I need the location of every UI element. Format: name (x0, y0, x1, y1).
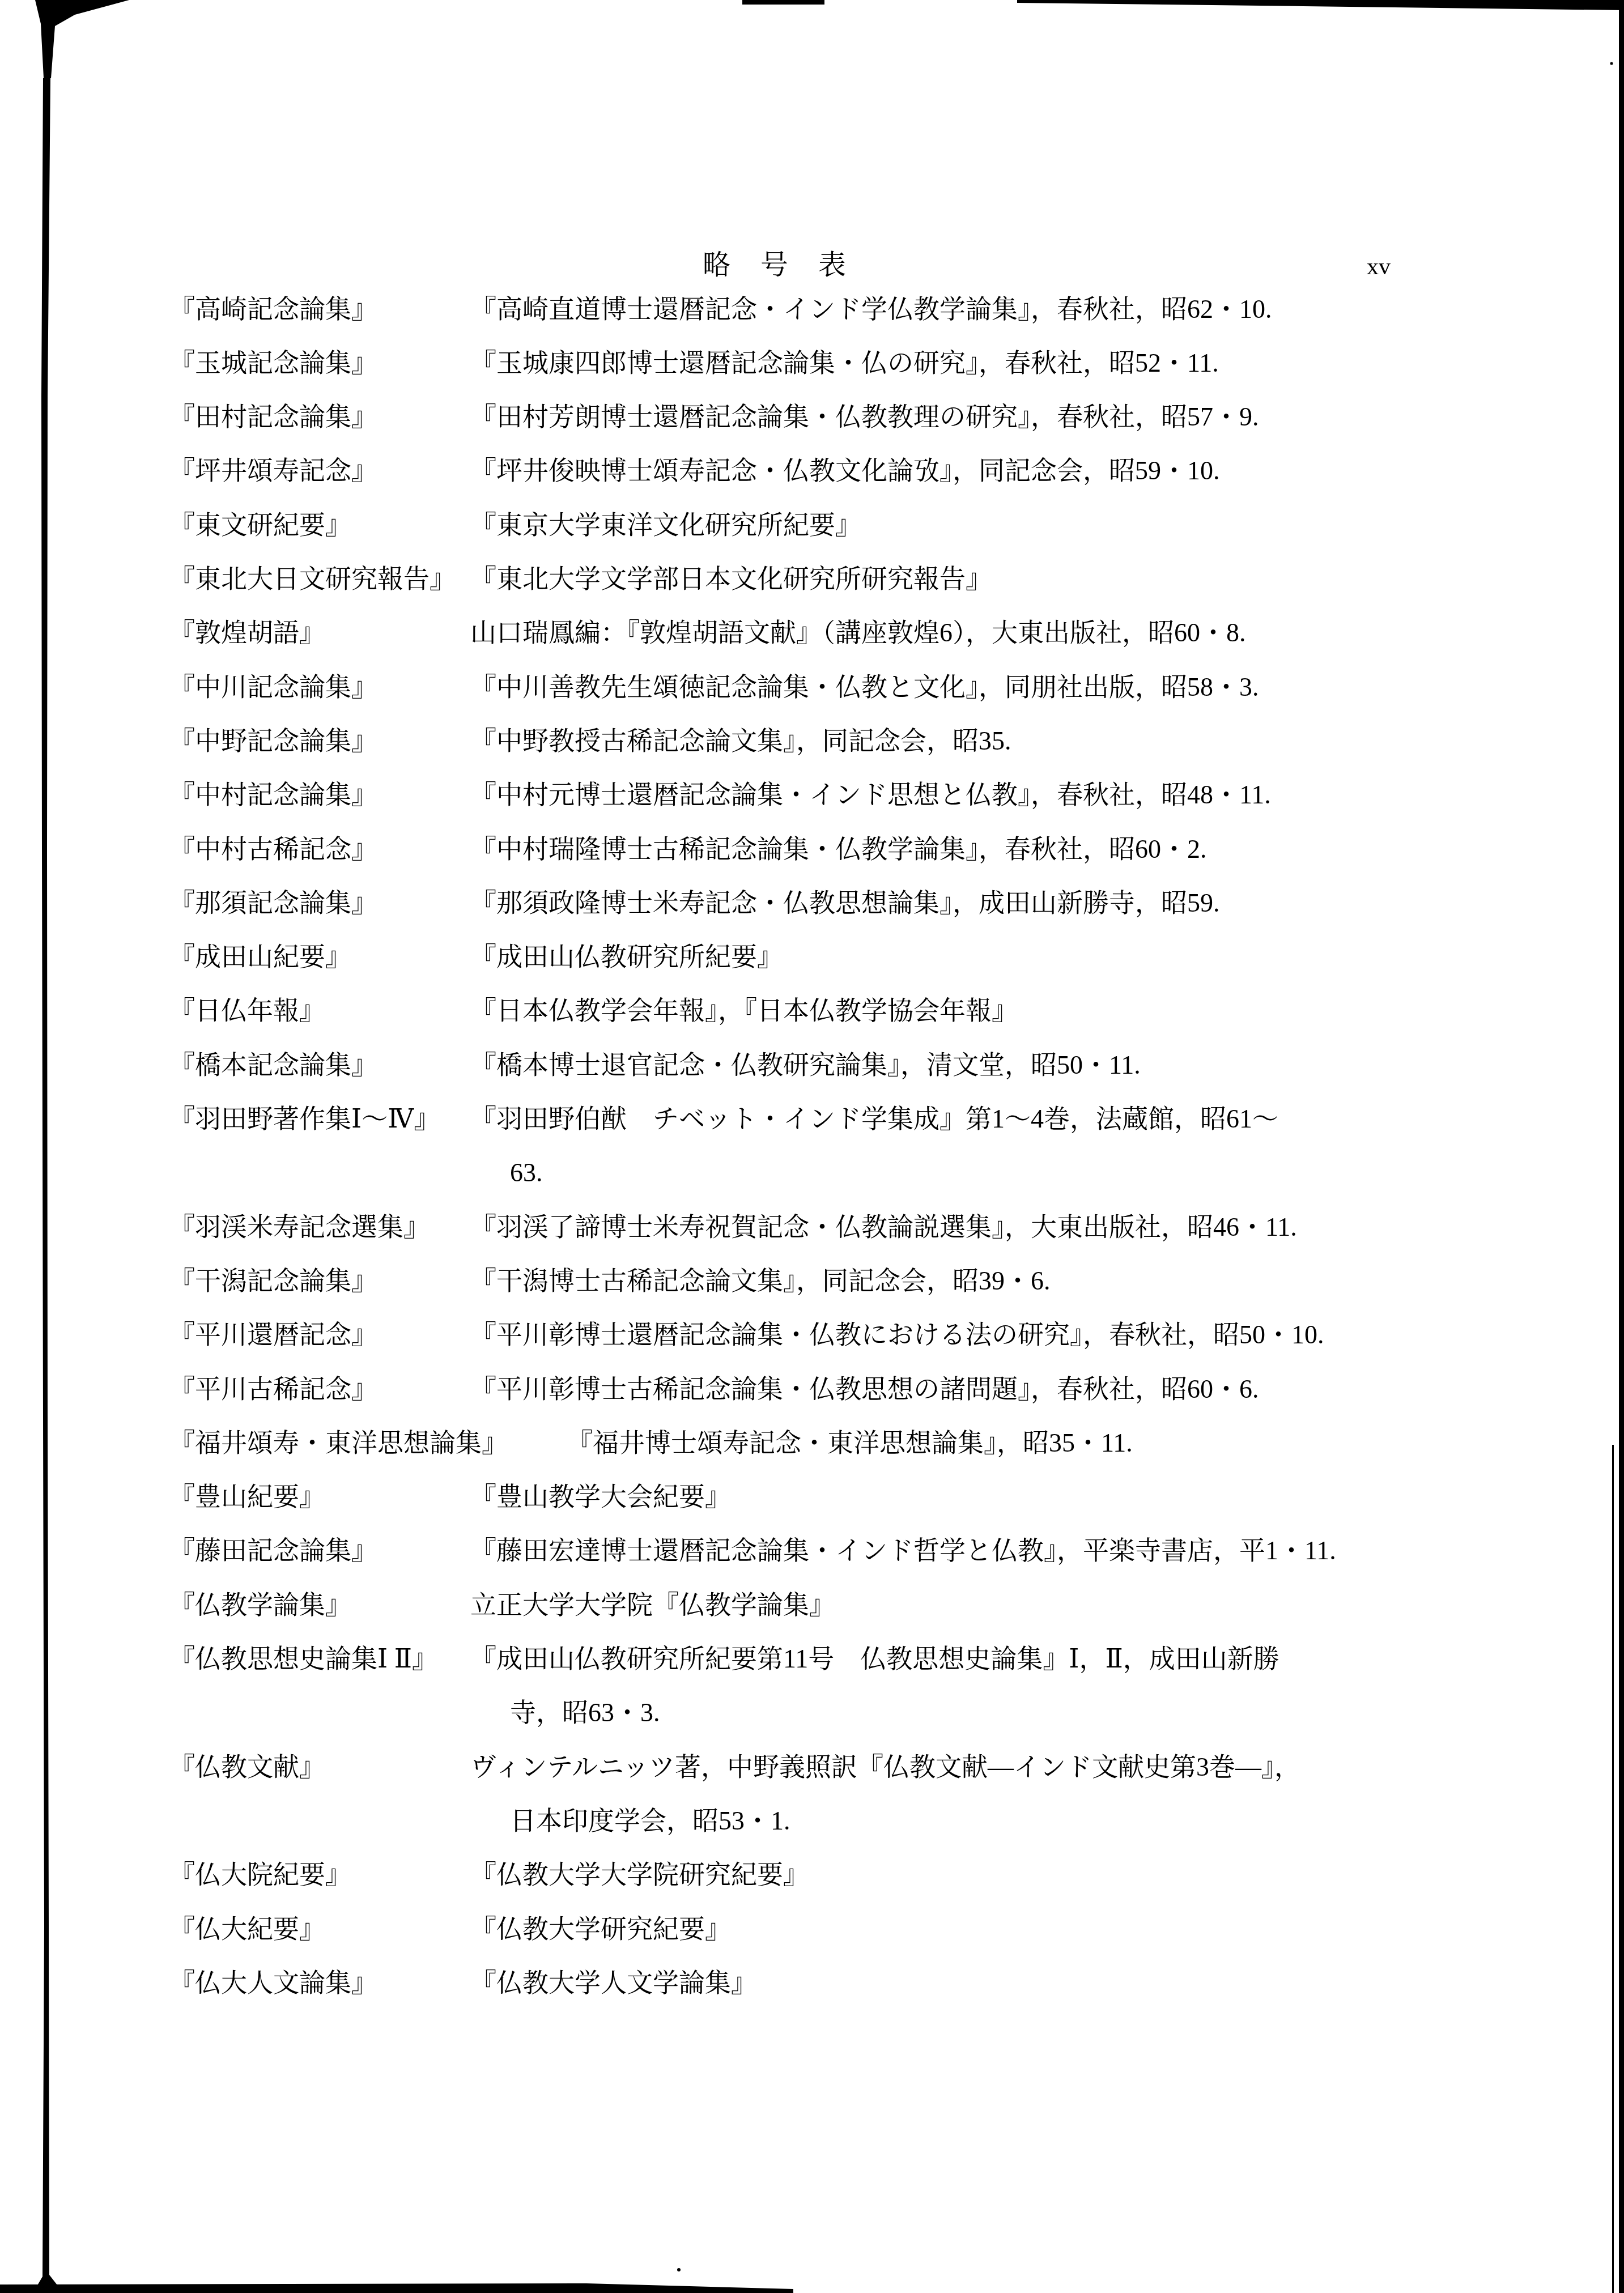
entry-description: 『高崎直道博士還暦記念・インド学仏教学論集』，春秋社，昭62・10. (470, 282, 1272, 336)
entry-abbreviation: 『羽田野著作集Ⅰ～Ⅳ』 (169, 1092, 440, 1146)
speck2-artifact (1610, 62, 1613, 65)
entry-row: 『中野記念論集』『中野教授古稀記念論文集』，同記念会，昭35. (0, 714, 1624, 768)
entry-abbreviation: 『中村記念論集』 (169, 768, 377, 822)
entry-description: 『橋本博士退官記念・仏教研究論集』，清文堂，昭50・11. (470, 1038, 1141, 1092)
bottom-edge-mark-artifact (705, 2290, 741, 2293)
entry-row: 『羽渓米寿記念選集』『羽渓了諦博士米寿祝賀記念・仏教論説選集』，大東出版社，昭4… (0, 1200, 1624, 1254)
entry-row: 『坪井頌寿記念』『坪井俊映博士頌寿記念・仏教文化論攷』，同記念会，昭59・10. (0, 444, 1624, 497)
entry-row-continuation: 寺，昭63・3. (0, 1686, 1624, 1739)
scanned-book-page: 略 号 表 xv 『高崎記念論集』『高崎直道博士還暦記念・インド学仏教学論集』，… (0, 0, 1624, 2293)
entry-description: 『仏教大学人文学論集』 (470, 1956, 757, 2010)
entry-row: 『高崎記念論集』『高崎直道博士還暦記念・インド学仏教学論集』，春秋社，昭62・1… (0, 282, 1624, 336)
entry-row: 『藤田記念論集』『藤田宏達博士還暦記念論集・インド哲学と仏教』，平楽寺書店，平1… (0, 1524, 1624, 1577)
entry-row-continuation: 日本印度学会，昭53・1. (0, 1794, 1624, 1848)
entry-row: 『玉城記念論集』『玉城康四郎博士還暦記念論集・仏の研究』，春秋社，昭52・11. (0, 336, 1624, 390)
entry-description-continuation: 日本印度学会，昭53・1. (510, 1794, 790, 1848)
entry-row: 『羽田野著作集Ⅰ～Ⅳ』『羽田野伯猷 チベット・インド学集成』第1～4巻，法蔵館，… (0, 1092, 1624, 1146)
entry-row: 『豊山紀要』『豊山教学大会紀要』 (0, 1470, 1624, 1524)
entry-abbreviation: 『豊山紀要』 (169, 1470, 325, 1524)
entry-abbreviation: 『干潟記念論集』 (169, 1254, 377, 1308)
entry-description: 『田村芳朗博士還暦記念論集・仏教教理の研究』，春秋社，昭57・9. (470, 390, 1259, 444)
entry-abbreviation: 『中川記念論集』 (169, 660, 377, 714)
entry-description: 『干潟博士古稀記念論文集』，同記念会，昭39・6. (470, 1254, 1051, 1308)
entry-row-continuation: 63. (0, 1146, 1624, 1199)
entry-row: 『仏大院紀要』『仏教大学大学院研究紀要』 (0, 1848, 1624, 1901)
entry-row: 『中川記念論集』『中川善教先生頌徳記念論集・仏教と文化』，同朋社出版，昭58・3… (0, 660, 1624, 714)
entry-abbreviation: 『東文研紀要』 (169, 498, 351, 552)
entry-row: 『仏大紀要』『仏教大学研究紀要』 (0, 1902, 1624, 1956)
entry-row: 『仏教学論集』立正大学大学院『仏教学論集』 (0, 1578, 1624, 1632)
entry-description: 『中村元博士還暦記念論集・インド思想と仏教』，春秋社，昭48・11. (470, 768, 1271, 822)
entry-row: 『日仏年報』『日本仏教学会年報』，『日本仏教学協会年報』 (0, 984, 1624, 1037)
entry-description: 『中野教授古稀記念論文集』，同記念会，昭35. (470, 714, 1011, 768)
entry-description: 『東京大学東洋文化研究所紀要』 (470, 498, 861, 552)
entry-row: 『成田山紀要』『成田山仏教研究所紀要』 (0, 930, 1624, 984)
top-edge-line-artifact (1017, 0, 1624, 10)
bottom-edge-mark2-artifact (747, 2290, 790, 2293)
entry-row: 『中村古稀記念』『中村瑞隆博士古稀記念論集・仏教学論集』，春秋社，昭60・2. (0, 822, 1624, 876)
entry-abbreviation: 『仏大院紀要』 (169, 1848, 351, 1901)
entry-description-continuation: 63. (510, 1146, 543, 1199)
entry-abbreviation: 『坪井頌寿記念』 (169, 444, 377, 497)
entry-description: 『成田山仏教研究所紀要第11号 仏教思想史論集』Ⅰ，Ⅱ，成田山新勝 (470, 1632, 1279, 1686)
entry-row: 『仏教文献』ヴィンテルニッツ著，中野義照訳『仏教文献―インド文献史第3巻―』， (0, 1740, 1624, 1794)
entry-abbreviation: 『日仏年報』 (169, 984, 325, 1037)
entry-row: 『田村記念論集』『田村芳朗博士還暦記念論集・仏教教理の研究』，春秋社，昭57・9… (0, 390, 1624, 444)
entry-abbreviation: 『仏教文献』 (169, 1740, 325, 1794)
entry-abbreviation: 『東北大日文研究報告』 (169, 552, 456, 606)
entry-description: 『中川善教先生頌徳記念論集・仏教と文化』，同朋社出版，昭58・3. (470, 660, 1259, 714)
entry-description: 『平川彰博士還暦記念論集・仏教における法の研究』，春秋社，昭50・10. (470, 1308, 1324, 1362)
entry-abbreviation: 『成田山紀要』 (169, 930, 351, 984)
entry-abbreviation: 『羽渓米寿記念選集』 (169, 1200, 430, 1254)
entry-abbreviation: 『中野記念論集』 (169, 714, 377, 768)
speck-artifact (677, 2268, 681, 2271)
entry-abbreviation: 『平川古稀記念』 (169, 1362, 377, 1416)
entry-description: 『藤田宏達博士還暦記念論集・インド哲学と仏教』，平楽寺書店，平1・11. (470, 1524, 1336, 1577)
entry-abbreviation: 『田村記念論集』 (169, 390, 377, 444)
entry-abbreviation: 『那須記念論集』 (169, 876, 377, 930)
entry-description: 『成田山仏教研究所紀要』 (470, 930, 783, 984)
entry-description: 立正大学大学院『仏教学論集』 (470, 1578, 835, 1632)
entry-description: 『羽田野伯猷 チベット・インド学集成』第1～4巻，法蔵館，昭61～ (470, 1092, 1278, 1146)
entry-row: 『橋本記念論集』『橋本博士退官記念・仏教研究論集』，清文堂，昭50・11. (0, 1038, 1624, 1092)
entry-row: 『仏大人文論集』『仏教大学人文学論集』 (0, 1956, 1624, 2010)
entry-description: 『羽渓了諦博士米寿祝賀記念・仏教論説選集』，大東出版社，昭46・11. (470, 1200, 1297, 1254)
entry-description: 『仏教大学大学院研究紀要』 (470, 1848, 809, 1901)
entry-abbreviation: 『敦煌胡語』 (169, 606, 325, 660)
top-edge-mark-artifact (742, 0, 824, 5)
entry-row: 『中村記念論集』『中村元博士還暦記念論集・インド思想と仏教』，春秋社，昭48・1… (0, 768, 1624, 822)
binding-shadow-top-left-artifact (35, 0, 129, 78)
entry-description: 『玉城康四郎博士還暦記念論集・仏の研究』，春秋社，昭52・11. (470, 336, 1219, 390)
entry-abbreviation: 『仏教思想史論集Ⅰ Ⅱ』 (169, 1632, 438, 1686)
entry-description: 山口瑞鳳編：『敦煌胡語文献』（講座敦煌6），大東出版社，昭60・8. (470, 606, 1246, 660)
entry-abbreviation: 『平川還暦記念』 (169, 1308, 377, 1362)
entry-abbreviation: 『仏教学論集』 (169, 1578, 351, 1632)
entry-description: ヴィンテルニッツ著，中野義照訳『仏教文献―インド文献史第3巻―』， (470, 1740, 1300, 1794)
entry-row: 『福井頌寿・東洋思想論集』『福井博士頌寿記念・東洋思想論集』，昭35・11. (0, 1416, 1624, 1470)
entry-abbreviation: 『福井頌寿・東洋思想論集』 (169, 1416, 508, 1470)
entry-abbreviation: 『藤田記念論集』 (169, 1524, 377, 1577)
entry-row: 『平川還暦記念』『平川彰博士還暦記念論集・仏教における法の研究』，春秋社，昭50… (0, 1308, 1624, 1362)
entry-abbreviation: 『橋本記念論集』 (169, 1038, 377, 1092)
entry-description: 『東北大学文学部日本文化研究所研究報告』 (470, 552, 992, 606)
entry-description-continuation: 寺，昭63・3. (510, 1686, 660, 1739)
entry-description: 『豊山教学大会紀要』 (470, 1470, 731, 1524)
entry-description: 『仏教大学研究紀要』 (470, 1902, 731, 1956)
entry-abbreviation: 『仏大人文論集』 (169, 1956, 377, 2010)
entry-description: 『平川彰博士古稀記念論集・仏教思想の諸問題』，春秋社，昭60・6. (470, 1362, 1259, 1416)
entry-row: 『敦煌胡語』山口瑞鳳編：『敦煌胡語文献』（講座敦煌6），大東出版社，昭60・8. (0, 606, 1624, 660)
entry-description: 『福井博士頌寿記念・東洋思想論集』，昭35・11. (567, 1416, 1133, 1470)
entry-abbreviation: 『玉城記念論集』 (169, 336, 377, 390)
entry-description: 『日本仏教学会年報』，『日本仏教学協会年報』 (470, 984, 1018, 1037)
entry-description: 『坪井俊映博士頌寿記念・仏教文化論攷』，同記念会，昭59・10. (470, 444, 1220, 497)
entry-row: 『那須記念論集』『那須政隆博士米寿記念・仏教思想論集』，成田山新勝寺，昭59. (0, 876, 1624, 930)
bottom-edge-line-artifact (0, 2283, 793, 2293)
entry-abbreviation: 『高崎記念論集』 (169, 282, 377, 336)
entry-description: 『那須政隆博士米寿記念・仏教思想論集』，成田山新勝寺，昭59. (470, 876, 1220, 930)
entry-row: 『仏教思想史論集Ⅰ Ⅱ』『成田山仏教研究所紀要第11号 仏教思想史論集』Ⅰ，Ⅱ，… (0, 1632, 1624, 1686)
entry-row: 『東文研紀要』『東京大学東洋文化研究所紀要』 (0, 498, 1624, 552)
entry-abbreviation: 『中村古稀記念』 (169, 822, 377, 876)
entry-description: 『中村瑞隆博士古稀記念論集・仏教学論集』，春秋社，昭60・2. (470, 822, 1207, 876)
entry-row: 『干潟記念論集』『干潟博士古稀記念論文集』，同記念会，昭39・6. (0, 1254, 1624, 1308)
entry-row: 『東北大日文研究報告』『東北大学文学部日本文化研究所研究報告』 (0, 552, 1624, 606)
entry-abbreviation: 『仏大紀要』 (169, 1902, 325, 1956)
entry-row: 『平川古稀記念』『平川彰博士古稀記念論集・仏教思想の諸問題』，春秋社，昭60・6… (0, 1362, 1624, 1416)
